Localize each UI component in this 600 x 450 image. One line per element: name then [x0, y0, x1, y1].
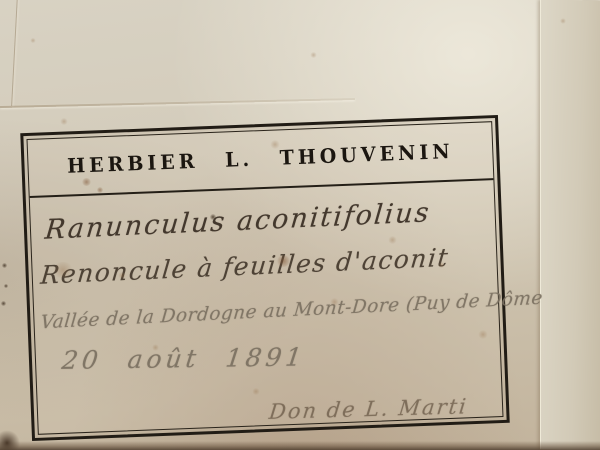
handwritten-locality: Vallée de la Dordogne au Mont-Dore (Puy …	[40, 288, 543, 334]
edge-speck	[4, 284, 8, 288]
label-inner-border: HERBIER L. THOUVENIN Ranunculus aconitif…	[26, 121, 503, 435]
book-page-edge	[540, 0, 600, 450]
paper-crease	[11, 0, 18, 106]
label-body: Ranunculus aconitifolius Renoncule à feu…	[30, 180, 503, 434]
edge-speck	[2, 263, 7, 268]
handwritten-latin-name: Ranunculus aconitifolius	[44, 197, 431, 245]
handwritten-french-name: Renoncule à feuilles d'aconit	[40, 243, 450, 290]
foxing-stain	[60, 118, 68, 125]
corner-shadow	[0, 430, 20, 450]
photo-of-herbarium-page: HERBIER L. THOUVENIN Ranunculus aconitif…	[0, 0, 600, 450]
label-sheet-top-edge	[0, 98, 355, 108]
foxing-stain	[310, 52, 317, 58]
handwritten-date: 20 août 1891	[62, 342, 306, 374]
herbier-title: HERBIER L. THOUVENIN	[67, 140, 454, 178]
handwritten-signature: Don de L. Marti	[269, 394, 468, 424]
edge-speck	[1, 301, 6, 306]
herbarium-label: HERBIER L. THOUVENIN Ranunculus aconitif…	[20, 115, 509, 441]
foxing-stain	[30, 38, 36, 43]
photo-bottom-edge	[0, 441, 600, 450]
